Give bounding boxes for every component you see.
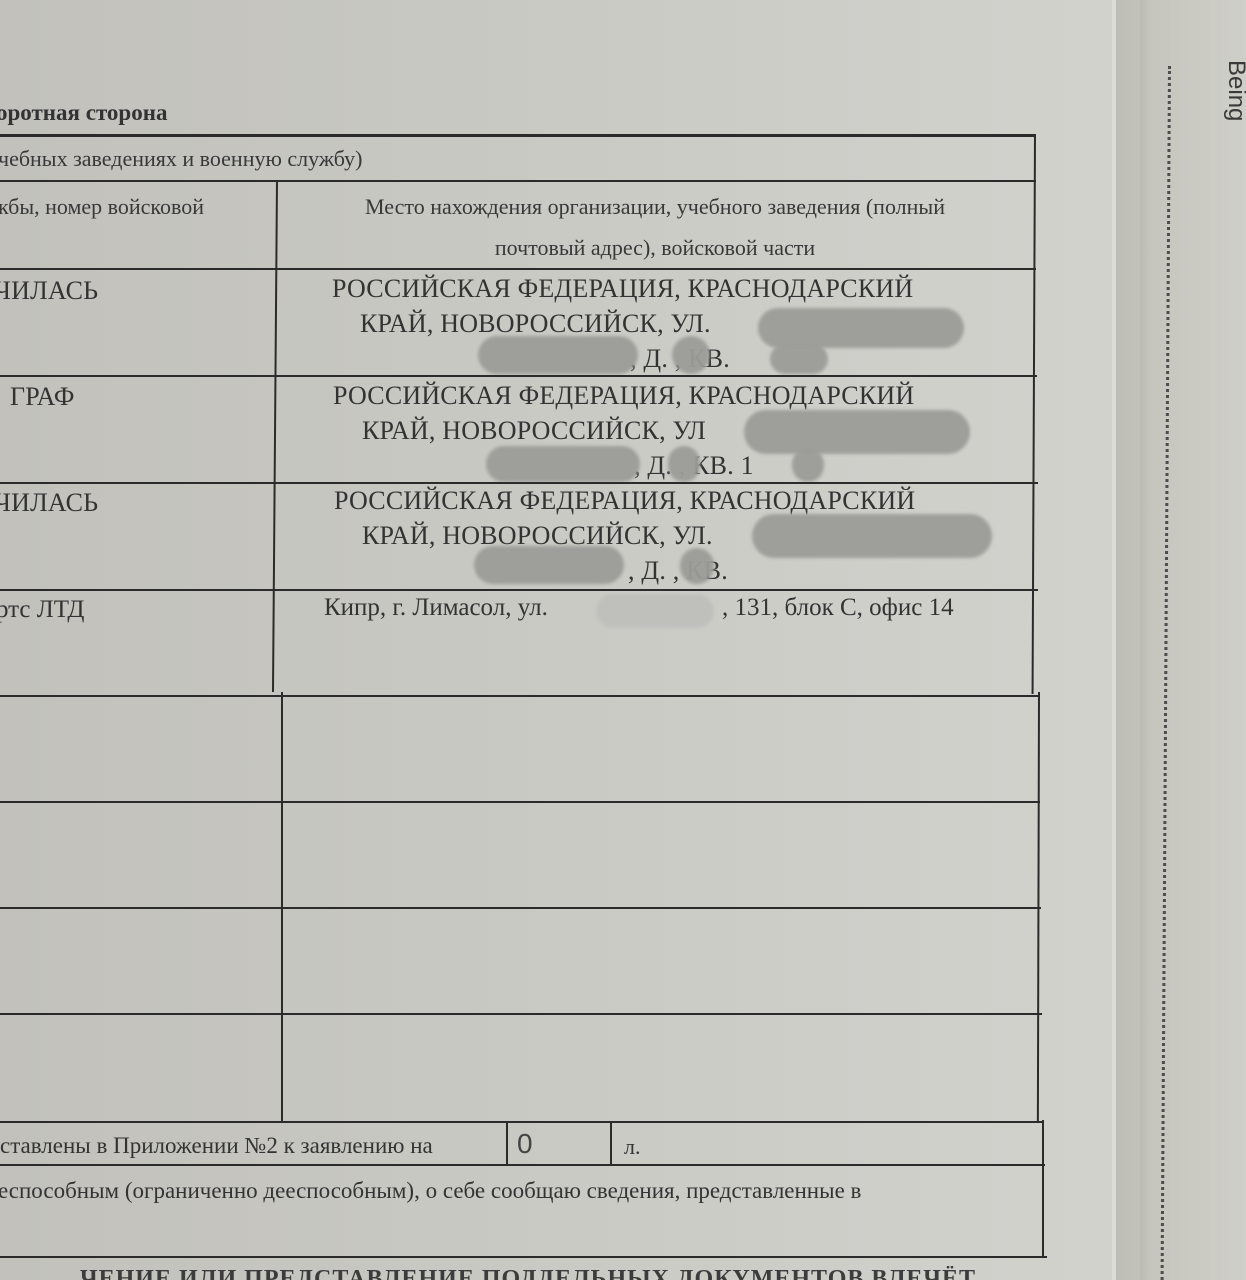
- row-divider: [0, 1256, 1047, 1258]
- side-sheet-word: Being: [1222, 60, 1246, 121]
- redaction-mark: [486, 446, 640, 482]
- cell-divider: [610, 1122, 612, 1166]
- row-4-organization: ртс ЛТД: [0, 596, 84, 624]
- row-2-organization: ГРАФ: [10, 382, 75, 412]
- right-column-header-line2: почтовый адрес), войсковой части: [280, 235, 1030, 261]
- redaction-mark: [474, 546, 624, 584]
- row-3-address-line1: РОССИЙСКАЯ ФЕДЕРАЦИЯ, КРАСНОДАРСКИЙ: [334, 486, 915, 516]
- row-3-organization: ЧИЛАСЬ: [0, 488, 98, 518]
- appendix-unit: л.: [624, 1134, 640, 1160]
- row-divider: [0, 801, 1040, 803]
- page-heading: оротная сторона: [0, 100, 167, 126]
- row-4-address-part2: , 131, блок С, офис 14: [722, 594, 954, 622]
- row-4-address-part1: Кипр, г. Лимасол, ул.: [324, 594, 548, 622]
- fold-shadow: [1140, 0, 1150, 1280]
- redaction-mark: [680, 548, 714, 584]
- row-divider: [0, 907, 1041, 909]
- right-column-header-line1: Место нахождения организации, учебного з…: [280, 194, 1030, 220]
- row-divider: [0, 589, 1038, 591]
- redaction-mark: [478, 336, 638, 374]
- row-divider: [0, 695, 1039, 697]
- row-2-address-line1: РОССИЙСКАЯ ФЕДЕРАЦИЯ, КРАСНОДАРСКИЙ: [333, 381, 914, 411]
- redaction-mark: [752, 514, 992, 558]
- redaction-mark: [744, 410, 970, 454]
- row-2-address-line2: КРАЙ, НОВОРОССИЙСК, УЛ: [362, 416, 706, 446]
- row-1-organization: ЧИЛАСЬ: [0, 276, 98, 306]
- redaction-mark: [668, 446, 700, 482]
- section-caption: чебных заведениях и военную службу): [0, 146, 362, 172]
- redaction-mark: [770, 344, 828, 374]
- row-divider: [0, 375, 1037, 377]
- row-1-address-line1: РОССИЙСКАЯ ФЕДЕРАЦИЯ, КРАСНОДАРСКИЙ: [332, 274, 913, 304]
- left-column-header: кбы, номер войсковой: [0, 194, 204, 220]
- redaction-mark: [792, 448, 824, 482]
- row-divider: [0, 268, 1036, 270]
- row-divider: [0, 180, 1036, 182]
- row-divider: [0, 1164, 1045, 1166]
- appendix-sheets-value[interactable]: 0: [517, 1128, 533, 1160]
- table-right-border-bottom: [1042, 1120, 1044, 1256]
- back-sheet: [1116, 0, 1246, 1280]
- redaction-mark: [596, 594, 714, 628]
- row-divider: [0, 1121, 1044, 1123]
- statement-text: еспособным (ограниченно дееспособным), о…: [0, 1178, 861, 1204]
- cell-divider: [506, 1122, 508, 1166]
- row-divider: [0, 1013, 1042, 1015]
- appendix-label: ставлены в Приложении №2 к заявлению на: [0, 1133, 433, 1159]
- row-1-address-line2: КРАЙ, НОВОРОССИЙСК, УЛ.: [360, 309, 711, 339]
- redaction-mark: [672, 336, 710, 374]
- form-sheet: [0, 0, 1112, 1280]
- redaction-mark: [758, 308, 964, 348]
- bottom-cut-text: ЧЕНИЕ ИЛИ ПРЕДСТАВЛЕНИЕ ПОДДЕЛЬНЫХ ДОКУМ…: [80, 1266, 976, 1280]
- table-top-border: [0, 134, 1036, 137]
- row-divider: [0, 482, 1038, 484]
